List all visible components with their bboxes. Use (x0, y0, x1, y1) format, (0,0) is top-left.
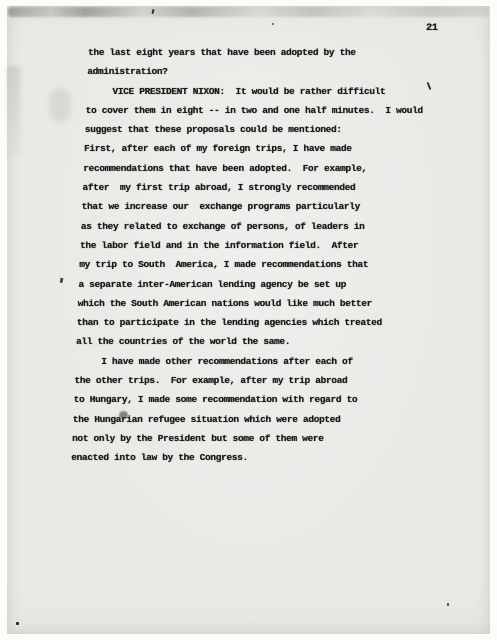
typed-line: that we increase our exchange programs p… (82, 197, 490, 216)
typed-lines: the last eight years that have been adop… (7, 43, 490, 468)
scanned-page: 21 the last eight years that have been a… (7, 6, 490, 634)
typed-line: which the South American nations would l… (78, 294, 490, 313)
typed-line: recommendations that have been adopted. … (83, 159, 490, 178)
overstrike-smudge (119, 411, 128, 419)
typed-line: all the countries of the world the same. (76, 332, 490, 351)
page-number: 21 (426, 22, 438, 34)
typed-line: after my first trip abroad, I strongly r… (82, 178, 490, 197)
ink-speck (16, 622, 19, 625)
typed-line: the other trips. For example, after my t… (74, 371, 490, 390)
typed-line: enacted into law by the Congress. (71, 448, 490, 467)
typed-line: as they related to exchange of persons, … (81, 217, 490, 236)
typed-line: the last eight years that have been adop… (88, 43, 490, 62)
ink-speck (447, 603, 449, 606)
typed-line: the labor field and in the information f… (80, 236, 490, 255)
ink-speck (272, 23, 274, 25)
typed-line: to Hungary, I made some recommendation w… (74, 390, 490, 409)
screenshot-root: { "colors": { "paper": "#eae9e6", "frame… (0, 0, 497, 640)
typed-line: VICE PRESIDENT NIXON: It would be rather… (112, 82, 490, 101)
typed-line: than to participate in the lending agenc… (77, 313, 490, 332)
photocopy-smudge-band (8, 7, 489, 17)
typed-line: the Hungarian refugee situation which we… (73, 410, 490, 429)
typed-line: I have made other recommendations after … (101, 352, 490, 371)
typed-line: not only by the President but some of th… (72, 429, 490, 448)
typed-line: a separate inter-American lending agency… (78, 275, 490, 294)
typed-line: to cover them in eight -- in two and one… (86, 101, 490, 120)
typed-line: my trip to South America, I made recomme… (79, 255, 490, 274)
typed-line: administration? (87, 62, 490, 81)
typed-line: suggest that these proposals could be me… (85, 120, 490, 139)
typed-line: First, after each of my foreign trips, I… (84, 139, 490, 158)
